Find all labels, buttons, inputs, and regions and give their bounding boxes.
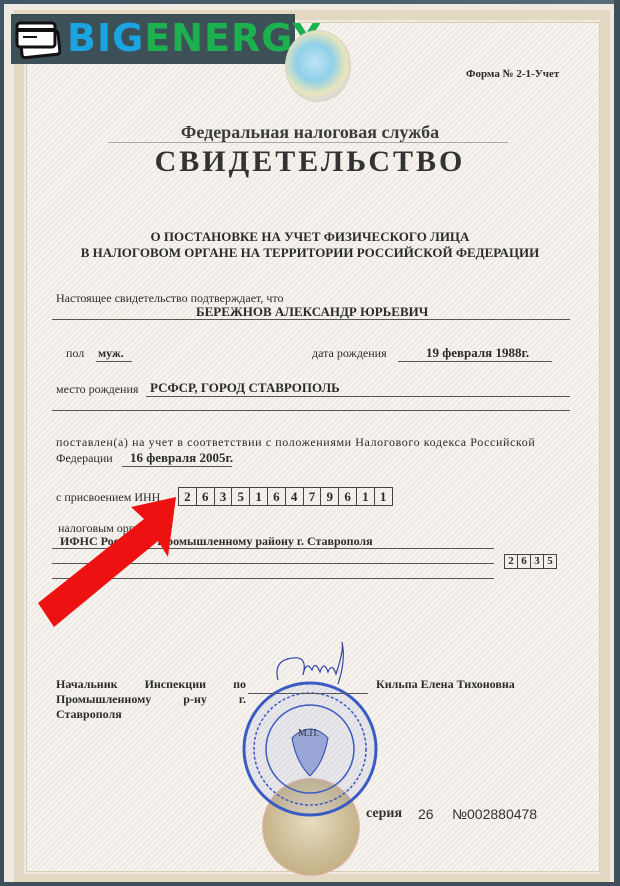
agency-name: Федеральная налоговая служба xyxy=(0,122,620,143)
bigenergy-logo: BIGENERGY xyxy=(11,14,295,64)
chief-word: по xyxy=(233,677,246,692)
dob-label: дата рождения xyxy=(312,346,387,361)
dob-underline xyxy=(398,361,552,362)
inn-digit: 1 xyxy=(250,488,268,505)
full-name: БЕРЕЖНОВ АЛЕКСАНДР ЮРЬЕВИЧ xyxy=(196,304,428,320)
official-stamp-icon: М.П. xyxy=(240,680,380,818)
name-underline xyxy=(52,319,570,320)
document-title: СВИДЕТЕЛЬСТВО xyxy=(0,145,620,179)
logo-big: BIG xyxy=(67,16,144,60)
sex-label: пол xyxy=(66,346,84,361)
registered-text: поставлен(а) на учет в соответствии с по… xyxy=(56,435,566,450)
subtitle-line-2: В НАЛОГОВОМ ОРГАНЕ НА ТЕРРИТОРИИ РОССИЙС… xyxy=(0,245,620,261)
signature xyxy=(268,640,358,690)
inn-digit: 5 xyxy=(232,488,250,505)
document-number: №002880478 xyxy=(452,806,537,822)
chief-title-line-2: Промышленному р-ну г. xyxy=(56,692,246,707)
divider xyxy=(108,142,508,143)
inn-digit: 3 xyxy=(215,488,233,505)
series-label: серия xyxy=(366,806,402,822)
chief-word: Инспекции xyxy=(145,677,206,692)
inn-digit: 6 xyxy=(268,488,286,505)
red-arrow-icon xyxy=(36,495,186,635)
chief-word: г. xyxy=(239,692,246,707)
code-digit: 6 xyxy=(518,555,531,568)
form-number: Форма № 2-1-Учет xyxy=(466,68,559,80)
code-digit: 5 xyxy=(544,555,556,568)
organ-code-boxes: 2 6 3 5 xyxy=(504,554,557,569)
signature-line xyxy=(248,693,368,694)
inn-digit: 9 xyxy=(321,488,339,505)
registration-date: 16 февраля 2005г. xyxy=(130,450,233,466)
hologram-seal xyxy=(285,30,351,102)
inn-boxes: 2 6 3 5 1 6 4 7 9 6 1 1 xyxy=(178,487,393,506)
svg-text:М.П.: М.П. xyxy=(298,728,319,739)
logo-text: BIGENERGY xyxy=(67,15,321,61)
inn-digit: 6 xyxy=(197,488,215,505)
subtitle-line-1: О ПОСТАНОВКЕ НА УЧЕТ ФИЗИЧЕСКОГО ЛИЦА xyxy=(0,229,620,245)
code-digit: 2 xyxy=(505,555,518,568)
series-value: 26 xyxy=(418,806,434,822)
date-underline xyxy=(122,466,232,467)
inn-digit: 4 xyxy=(286,488,304,505)
code-digit: 3 xyxy=(531,555,544,568)
registered-federation-label: Федерации xyxy=(56,451,113,466)
inn-digit: 1 xyxy=(375,488,392,505)
inn-digit: 7 xyxy=(304,488,322,505)
chief-name: Кильпа Елена Тихоновна xyxy=(376,677,515,692)
chief-word: Начальник xyxy=(56,677,118,692)
sex-value: муж. xyxy=(98,346,124,361)
sex-underline xyxy=(96,361,132,362)
chief-word: р-ну xyxy=(183,692,207,707)
chief-title-line-1: Начальник Инспекции по xyxy=(56,677,246,692)
pob-label: место рождения xyxy=(56,382,138,397)
bottom-edge xyxy=(0,882,620,886)
inn-digit: 1 xyxy=(357,488,375,505)
pob-underline xyxy=(146,396,570,397)
dob-value: 19 февраля 1988г. xyxy=(426,345,529,361)
pob-value: РСФСР, ГОРОД СТАВРОПОЛЬ xyxy=(150,380,340,396)
credit-cards-icon xyxy=(15,20,61,60)
chief-word: Промышленному xyxy=(56,692,151,707)
inn-digit: 6 xyxy=(339,488,357,505)
chief-title-line-3: Ставрополя xyxy=(56,707,122,722)
pob-underline-2 xyxy=(52,410,570,411)
